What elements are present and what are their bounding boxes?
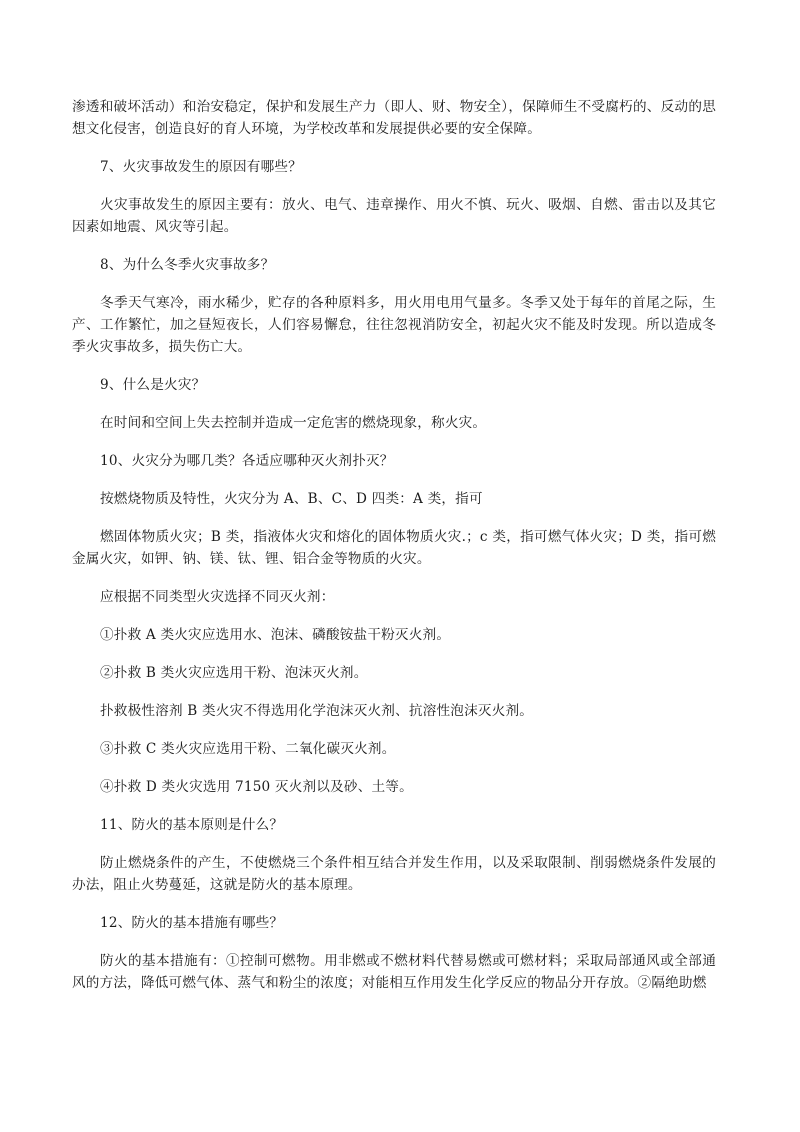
answer-10-selection-intro: 应根据不同类型火灾选择不同灭火剂： [72,586,716,608]
question-11-heading: 11、防火的基本原则是什么？ [72,814,716,836]
question-12-heading: 12、防火的基本措施有哪些？ [72,912,716,934]
answer-9-paragraph: 在时间和空间上失去控制并造成一定危害的燃烧现象，称火灾。 [72,412,716,434]
question-10-heading: 10、火灾分为哪几类？各适应哪种灭火剂扑灭？ [72,450,716,472]
answer-8-paragraph: 冬季天气寒冷，雨水稀少，贮存的各种原料多，用火用电用气量多。冬季又处于每年的首尾… [72,292,716,358]
question-7-heading: 7、火灾事故发生的原因有哪些？ [72,156,716,178]
answer-10-item-a: ①扑救 A 类火灾应选用水、泡沫、磷酸铵盐干粉灭火剂。 [72,624,716,646]
answer-10-item-c: ③扑救 C 类火灾应选用干粉、二氧化碳灭火剂。 [72,738,716,760]
paragraph-security-continuation: 渗透和破坏活动）和治安稳定，保护和发展生产力（即人、财、物安全），保障师生不受腐… [72,96,716,140]
question-8-heading: 8、为什么冬季火灾事故多？ [72,254,716,276]
question-9-heading: 9、什么是火灾？ [72,374,716,396]
document-page: 渗透和破坏活动）和治安稳定，保护和发展生产力（即人、财、物安全），保障师生不受腐… [72,96,716,1010]
answer-12-paragraph: 防火的基本措施有：①控制可燃物。用非燃或不燃材料代替易燃或可燃材料；采取局部通风… [72,950,716,994]
answer-10-item-b: ②扑救 B 类火灾应选用干粉、泡沫灭火剂。 [72,662,716,684]
answer-11-paragraph: 防止燃烧条件的产生，不使燃烧三个条件相互结合并发生作用，以及采取限制、削弱燃烧条… [72,852,716,896]
answer-7-paragraph: 火灾事故发生的原因主要有：放火、电气、违章操作、用火不慎、玩火、吸烟、自燃、雷击… [72,194,716,238]
answer-10-classes: 燃固体物质火灾；B 类，指液体火灾和熔化的固体物质火灾.；c 类，指可燃气体火灾… [72,526,716,570]
answer-10-item-d: ④扑救 D 类火灾选用 7150 灭火剂以及砂、土等。 [72,776,716,798]
answer-10-polar-solvent-note: 扑救极性溶剂 B 类火灾不得选用化学泡沫灭火剂、抗溶性泡沫灭火剂。 [72,700,716,722]
answer-10-intro: 按燃烧物质及特性，火灾分为 A、B、C、D 四类：A 类，指可 [72,488,716,510]
